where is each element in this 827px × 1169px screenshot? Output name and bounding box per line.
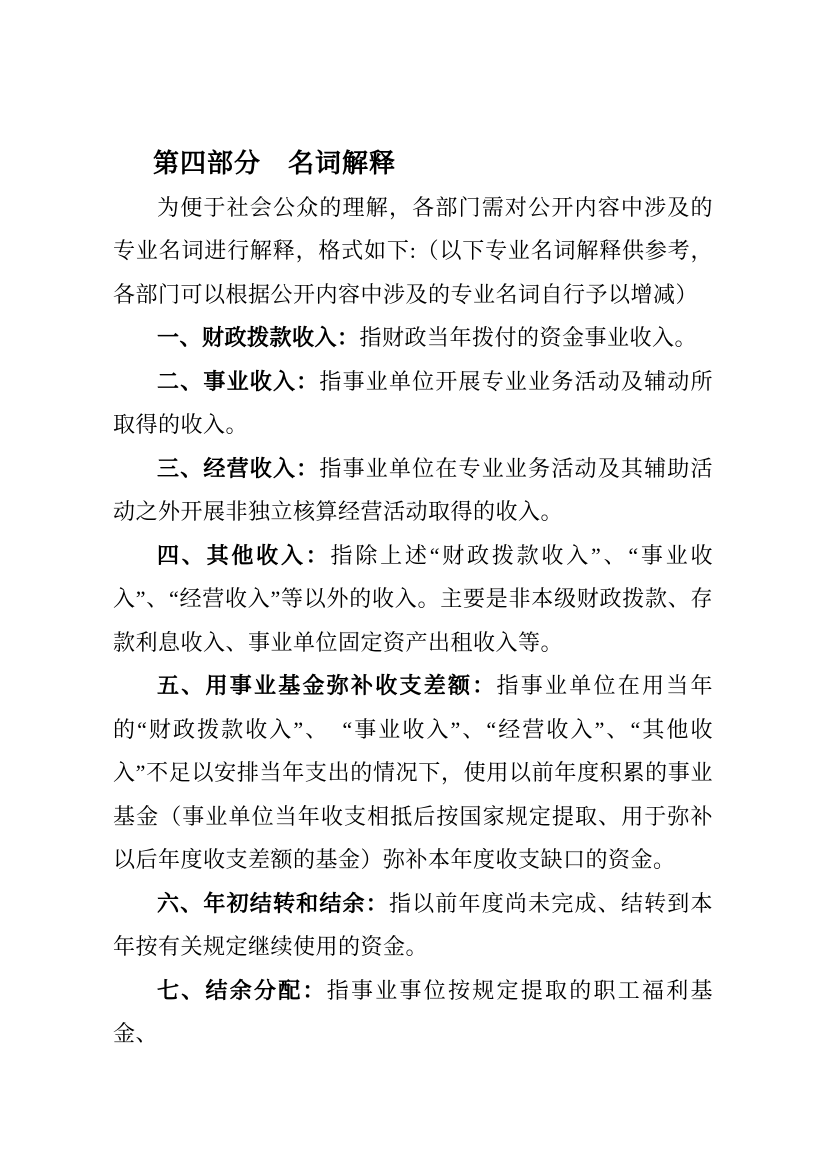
glossary-term-4: 四、其他收入：: [157, 543, 331, 568]
glossary-item-3: 三、经营收入：指事业单位在专业业务活动及其辅助活动之外开展非独立核算经营活动取得…: [113, 447, 713, 534]
glossary-definition-5: 指事业单位在用当年的“财政拨款收入”、 “事业收入”、“经营收入”、“其他收入”…: [113, 673, 713, 872]
glossary-term-1: 一、财政拨款收入：: [157, 325, 360, 350]
glossary-item-2: 二、事业收入：指事业单位开展专业业务活动及辅动所取得的收入。: [113, 360, 713, 447]
glossary-term-2: 二、事业收入：: [157, 369, 319, 394]
intro-paragraph: 为便于社会公众的理解，各部门需对公开内容中涉及的专业名词进行解释，格式如下:（以…: [113, 186, 713, 317]
glossary-term-6: 六、年初结转和结余：: [157, 891, 389, 916]
glossary-definition-1: 指财政当年拨付的资金事业收入。: [360, 325, 698, 350]
glossary-term-7: 七、结余分配：: [157, 978, 327, 1003]
glossary-term-3: 三、经营收入：: [157, 456, 319, 481]
glossary-term-5: 五、用事业基金弥补收支差额：: [157, 673, 496, 698]
glossary-item-6: 六、年初结转和结余：指以前年度尚未完成、结转到本年按有关规定继续使用的资金。: [113, 882, 713, 969]
document-page: 第四部分 名词解释 为便于社会公众的理解，各部门需对公开内容中涉及的专业名词进行…: [0, 0, 827, 1169]
document-content: 第四部分 名词解释 为便于社会公众的理解，各部门需对公开内容中涉及的专业名词进行…: [113, 142, 713, 1056]
glossary-item-7: 七、结余分配：指事业事位按规定提取的职工福利基金、: [113, 969, 713, 1056]
section-title: 第四部分 名词解释: [113, 142, 713, 186]
glossary-item-1: 一、财政拨款收入：指财政当年拨付的资金事业收入。: [113, 316, 713, 360]
glossary-item-5: 五、用事业基金弥补收支差额：指事业单位在用当年的“财政拨款收入”、 “事业收入”…: [113, 664, 713, 882]
glossary-item-4: 四、其他收入：指除上述“财政拨款收入”、“事业收入”、“经营收入”等以外的收入。…: [113, 534, 713, 665]
